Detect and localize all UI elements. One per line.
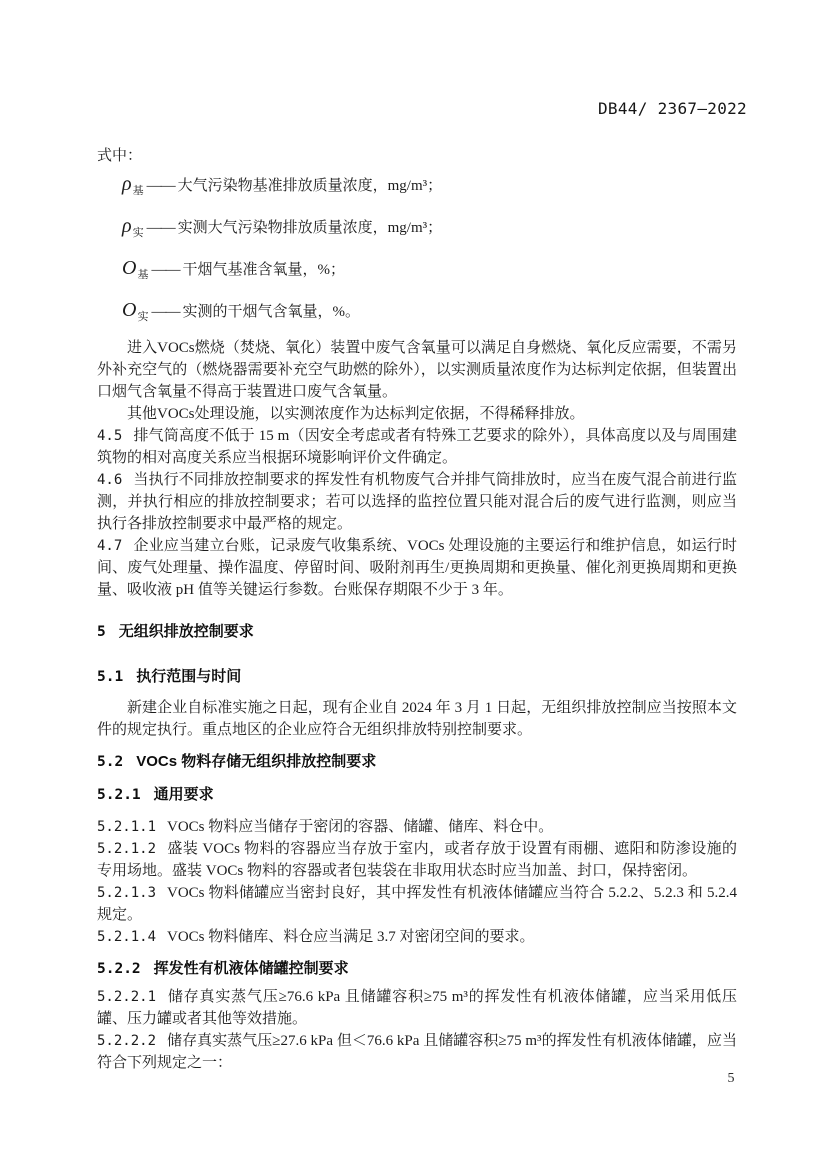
page-content: 式中： ρ基——大气污染物基准排放质量浓度，mg/m³； ρ实——实测大气污染物…	[97, 145, 737, 1074]
section-heading-5-1: 5.1执行范围与时间	[97, 666, 737, 688]
clause-4-6: 4.6当执行不同排放控制要求的挥发性有机物废气合并排气筒排放时，应当在废气混合前…	[97, 469, 737, 535]
section-heading-5-2-1: 5.2.1通用要求	[97, 784, 737, 806]
clause-text: 盛装 VOCs 物料的容器应当存放于室内，或者存放于设置有雨棚、遮阳和防渗设施的…	[97, 841, 737, 879]
clause-number: 5.2.1.2	[97, 841, 156, 857]
clause-5-2-2-1: 5.2.2.1储存真实蒸气压≥76.6 kPa 且储罐容积≥75 m³的挥发性有…	[97, 986, 737, 1030]
formula-dash: ——	[147, 178, 175, 194]
formula-term-o-measured: O实——实测的干烟气含氧量，%。	[97, 295, 737, 325]
formula-term-rho-base: ρ基——大气污染物基准排放质量浓度，mg/m³；	[97, 169, 737, 199]
formula-subscript: 实	[137, 311, 148, 323]
clause-number: 4.6	[97, 472, 122, 488]
page-number: 5	[721, 1071, 741, 1087]
heading-title: 挥发性有机液体储罐控制要求	[154, 960, 349, 977]
clause-4-7: 4.7企业应当建立台账，记录废气收集系统、VOCs 处理设施的主要运行和维护信息…	[97, 535, 737, 601]
paragraph-other-treatment: 其他VOCs处理设施，以实测浓度作为达标判定依据，不得稀释排放。	[97, 403, 737, 425]
formula-intro: 式中：	[97, 145, 737, 167]
formula-description: 大气污染物基准排放质量浓度，mg/m³；	[178, 178, 443, 194]
heading-number: 5.2.2	[97, 961, 141, 977]
clause-5-2-1-1: 5.2.1.1VOCs 物料应当储存于密闭的容器、储罐、储库、料仓中。	[97, 816, 737, 838]
clause-text: 当执行不同排放控制要求的挥发性有机物废气合并排气筒排放时，应当在废气混合前进行监…	[97, 472, 737, 532]
clause-5-2-1-4: 5.2.1.4VOCs 物料储库、料仓应当满足 3.7 对密闭空间的要求。	[97, 926, 737, 948]
formula-subscript: 基	[137, 269, 148, 281]
clause-text: VOCs 物料应当储存于密闭的容器、储罐、储库、料仓中。	[167, 819, 553, 835]
clause-text: 企业应当建立台账，记录废气收集系统、VOCs 处理设施的主要运行和维护信息，如运…	[97, 538, 737, 598]
formula-description: 干烟气基准含氧量，%；	[182, 262, 345, 278]
heading-number: 5.1	[97, 669, 123, 685]
clause-5-2-1-2: 5.2.1.2盛装 VOCs 物料的容器应当存放于室内，或者存放于设置有雨棚、遮…	[97, 838, 737, 882]
clause-text: VOCs 物料储罐应当密封良好，其中挥发性有机液体储罐应当符合 5.2.2、5.…	[97, 885, 737, 923]
document-page: DB44/ 2367—2022 式中： ρ基——大气污染物基准排放质量浓度，mg…	[0, 0, 826, 1169]
formula-symbol: ρ	[122, 173, 132, 195]
formula-symbol: O	[122, 257, 136, 279]
heading-number: 5.2	[97, 754, 123, 770]
clause-text: 储存真实蒸气压≥76.6 kPa 且储罐容积≥75 m³的挥发性有机液体储罐，应…	[97, 989, 737, 1027]
standard-number: DB44/ 2367—2022	[0, 99, 747, 118]
clause-number: 4.7	[97, 538, 122, 554]
clause-5-2-2-2: 5.2.2.2储存真实蒸气压≥27.6 kPa 但＜76.6 kPa 且储罐容积…	[97, 1030, 737, 1074]
formula-dash: ——	[147, 220, 175, 236]
section-heading-5: 5无组织排放控制要求	[97, 621, 737, 643]
formula-subscript: 基	[133, 185, 144, 197]
heading-title: 无组织排放控制要求	[119, 623, 254, 640]
clause-text: 储存真实蒸气压≥27.6 kPa 但＜76.6 kPa 且储罐容积≥75 m³的…	[97, 1033, 737, 1071]
heading-number: 5	[97, 624, 106, 640]
clause-number: 5.2.1.3	[97, 885, 156, 901]
section-heading-5-2: 5.2VOCs 物料存储无组织排放控制要求	[97, 751, 737, 773]
paragraph-combustion-oxygen: 进入VOCs燃烧（焚烧、氧化）装置中废气含氧量可以满足自身燃烧、氧化反应需要，不…	[97, 337, 737, 403]
clause-5-2-1-3: 5.2.1.3VOCs 物料储罐应当密封良好，其中挥发性有机液体储罐应当符合 5…	[97, 882, 737, 926]
formula-symbol: O	[122, 299, 136, 321]
clause-number: 5.2.1.1	[97, 819, 156, 835]
clause-number: 4.5	[97, 428, 122, 444]
formula-dash: ——	[151, 262, 179, 278]
formula-description: 实测的干烟气含氧量，%。	[182, 304, 360, 320]
clause-number: 5.2.2.1	[97, 989, 156, 1005]
formula-subscript: 实	[133, 227, 144, 239]
formula-definitions: ρ基——大气污染物基准排放质量浓度，mg/m³； ρ实——实测大气污染物排放质量…	[97, 169, 737, 325]
formula-dash: ——	[151, 304, 179, 320]
clause-number: 5.2.2.2	[97, 1033, 156, 1049]
paragraph-5-1: 新建企业自标准实施之日起，现有企业自 2024 年 3 月 1 日起，无组织排放…	[97, 697, 737, 741]
clause-number: 5.2.1.4	[97, 929, 156, 945]
heading-title: 执行范围与时间	[136, 668, 241, 685]
clause-4-5: 4.5排气筒高度不低于 15 m（因安全考虑或者有特殊工艺要求的除外），具体高度…	[97, 425, 737, 469]
heading-title: 通用要求	[154, 786, 214, 803]
clause-text: VOCs 物料储库、料仓应当满足 3.7 对密闭空间的要求。	[167, 929, 535, 945]
section-heading-5-2-2: 5.2.2挥发性有机液体储罐控制要求	[97, 958, 737, 980]
heading-title: VOCs 物料存储无组织排放控制要求	[136, 753, 376, 770]
formula-term-rho-measured: ρ实——实测大气污染物排放质量浓度，mg/m³；	[97, 211, 737, 241]
formula-description: 实测大气污染物排放质量浓度，mg/m³；	[178, 220, 443, 236]
formula-symbol: ρ	[122, 215, 132, 237]
heading-number: 5.2.1	[97, 787, 141, 803]
formula-term-o-base: O基——干烟气基准含氧量，%；	[97, 253, 737, 283]
clause-text: 排气筒高度不低于 15 m（因安全考虑或者有特殊工艺要求的除外），具体高度以及与…	[97, 428, 737, 466]
